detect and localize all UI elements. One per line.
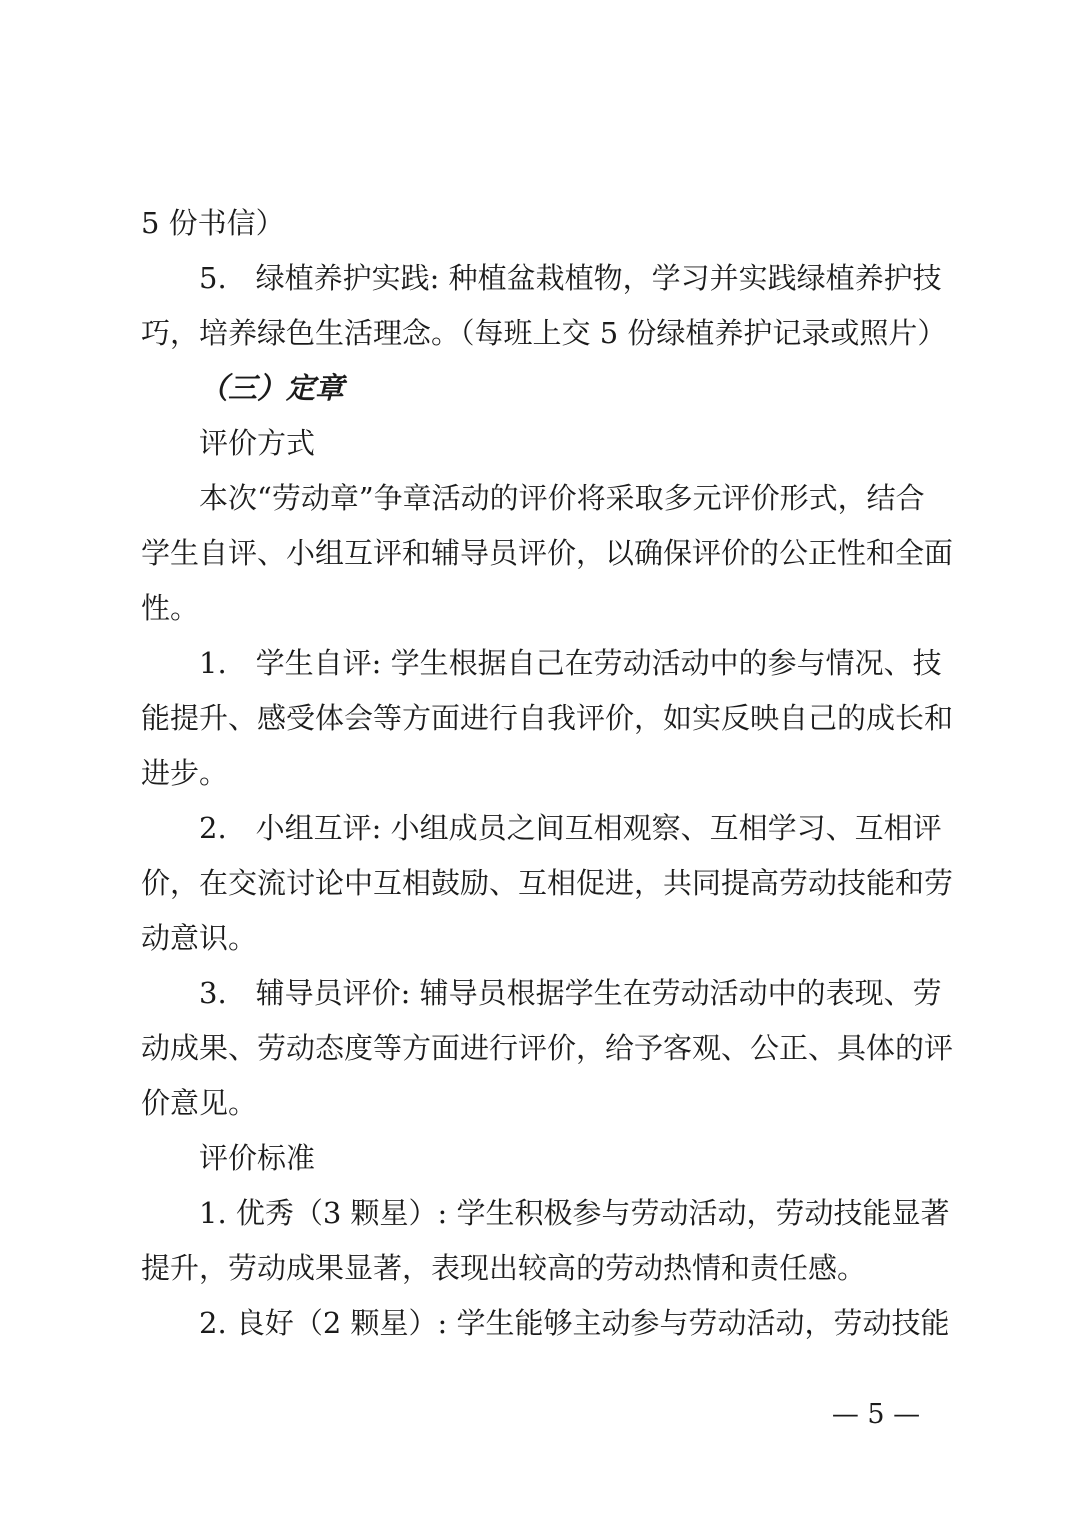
text-line: 提升，劳动成果显著，表现出较高的劳动热情和责任感。 bbox=[141, 1241, 956, 1296]
text-line: 5. 绿植养护实践: 种植盆栽植物，学习并实践绿植养护技 bbox=[141, 251, 956, 306]
text-line: 价，在交流讨论中互相鼓励、互相促进，共同提高劳动技能和劳 bbox=[141, 856, 956, 911]
document-body: 5 份书信）5. 绿植养护实践: 种植盆栽植物，学习并实践绿植养护技巧，培养绿色… bbox=[141, 196, 956, 1351]
text-line: 2. 良好（2 颗星）: 学生能够主动参与劳动活动，劳动技能 bbox=[141, 1296, 956, 1351]
text-line: 3. 辅导员评价: 辅导员根据学生在劳动活动中的表现、劳 bbox=[141, 966, 956, 1021]
text-line: 性。 bbox=[141, 581, 956, 636]
text-line: 5 份书信） bbox=[141, 196, 956, 251]
text-line: 进步。 bbox=[141, 746, 956, 801]
text-line: 能提升、感受体会等方面进行自我评价，如实反映自己的成长和 bbox=[141, 691, 956, 746]
text-line: 评价标准 bbox=[141, 1131, 956, 1186]
text-line: 巧，培养绿色生活理念。（每班上交 5 份绿植养护记录或照片） bbox=[141, 306, 956, 361]
document-page: 5 份书信）5. 绿植养护实践: 种植盆栽植物，学习并实践绿植养护技巧，培养绿色… bbox=[0, 0, 1080, 1527]
page-number: — 5 — bbox=[816, 1398, 936, 1432]
text-line: 本次“劳动章”争章活动的评价将采取多元评价形式，结合 bbox=[141, 471, 956, 526]
text-line: 动意识。 bbox=[141, 911, 956, 966]
text-line: （三）定章 bbox=[141, 361, 956, 416]
text-line: 2. 小组互评: 小组成员之间互相观察、互相学习、互相评 bbox=[141, 801, 956, 856]
text-line: 价意见。 bbox=[141, 1076, 956, 1131]
text-line: 学生自评、小组互评和辅导员评价，以确保评价的公正性和全面 bbox=[141, 526, 956, 581]
text-line: 1. 学生自评: 学生根据自己在劳动活动中的参与情况、技 bbox=[141, 636, 956, 691]
text-line: 1. 优秀（3 颗星）: 学生积极参与劳动活动，劳动技能显著 bbox=[141, 1186, 956, 1241]
text-line: 动成果、劳动态度等方面进行评价，给予客观、公正、具体的评 bbox=[141, 1021, 956, 1076]
text-line: 评价方式 bbox=[141, 416, 956, 471]
